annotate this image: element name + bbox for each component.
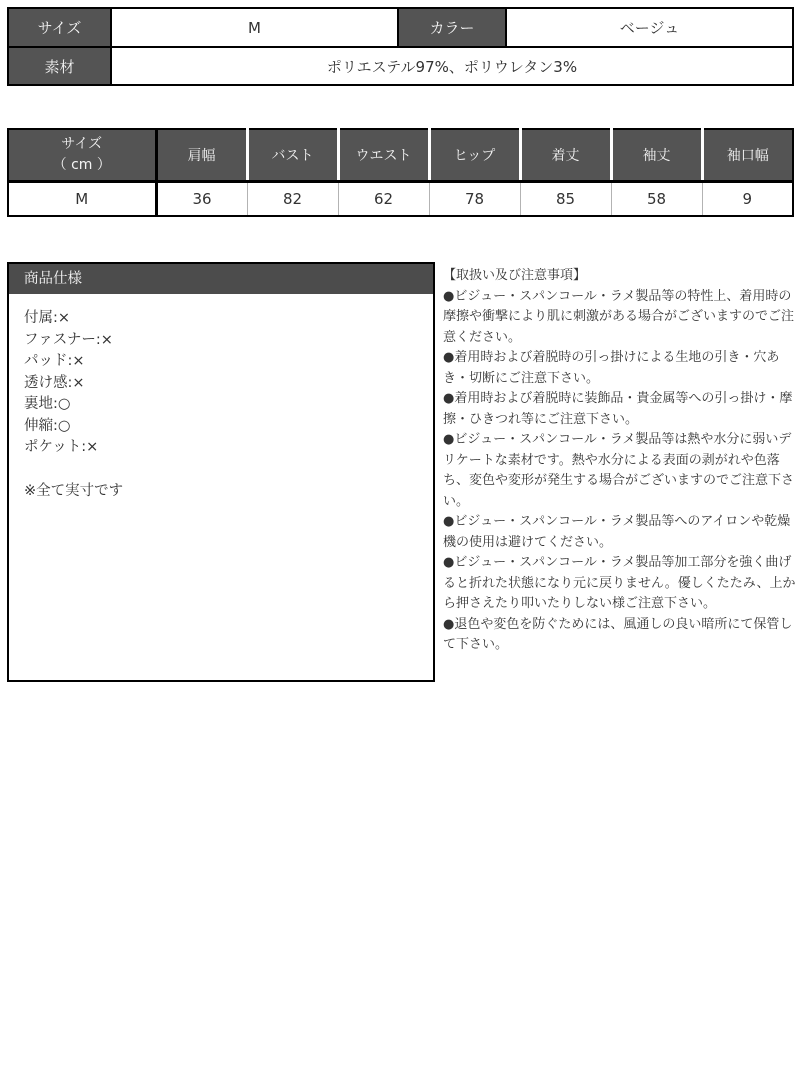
value-cuff: 9 [702, 182, 793, 217]
color-label-cell: カラー [398, 8, 506, 47]
col-header-sleeve: 袖丈 [611, 129, 702, 182]
size-label-cell: サイズ [8, 8, 111, 47]
spec-item-pocket: ポケット:× [24, 437, 418, 459]
value-sleeve: 58 [611, 182, 702, 217]
page: { "colors": { "header_dark": "#545454", … [0, 0, 800, 1067]
value-length: 85 [520, 182, 611, 217]
row-size-cell: M [8, 182, 156, 217]
care-note-heat-moisture: ●ビジュー・スパンコール・ラメ製品等は熱や水分に弱いデリケートな素材です。熱や水… [443, 430, 798, 512]
size-unit-line1: サイズ [61, 136, 102, 152]
care-note-iron-dryer: ●ビジュー・スパンコール・ラメ製品等へのアイロンや乾燥機の使用は避けてください。 [443, 512, 798, 553]
spec-item-sheerness: 透け感:× [24, 373, 418, 395]
spec-item-fastener: ファスナー:× [24, 330, 418, 352]
measurements-data-row: M 36 82 62 78 85 58 9 [8, 182, 793, 217]
value-shoulder: 36 [156, 182, 247, 217]
size-unit-header-cell: サイズ （ cm ） [8, 129, 156, 182]
product-spec-list: 付属:× ファスナー:× パッド:× 透け感:× 裏地:○ 伸縮:○ ポケット:… [9, 294, 433, 516]
spec-item-accessories: 付属:× [24, 308, 418, 330]
spec-item-lining: 裏地:○ [24, 394, 418, 416]
size-unit-line2: （ cm ） [53, 157, 111, 173]
col-header-bust: バスト [247, 129, 338, 182]
care-note-snagging: ●着用時および着脱時の引っ掛けによる生地の引き・穴あき・切断にご注意下さい。 [443, 348, 798, 389]
care-note-storage: ●退色や変色を防ぐためには、風通しの良い暗所にて保管して下さい。 [443, 615, 798, 656]
value-waist: 62 [338, 182, 429, 217]
care-notes-title: 【取扱い及び注意事項】 [443, 266, 798, 287]
col-header-waist: ウエスト [338, 129, 429, 182]
col-header-length: 着丈 [520, 129, 611, 182]
col-header-shoulder: 肩幅 [156, 129, 247, 182]
value-bust: 82 [247, 182, 338, 217]
material-label-cell: 素材 [8, 47, 111, 85]
material-value-cell: ポリエステル97%、ポリウレタン3% [111, 47, 793, 85]
col-header-cuff: 袖口幅 [702, 129, 793, 182]
measurements-table: サイズ （ cm ） 肩幅 バスト ウエスト ヒップ 着丈 袖丈 袖口幅 M 3… [7, 128, 794, 217]
product-info-table: サイズ M カラー ベージュ 素材 ポリエステル97%、ポリウレタン3% [7, 7, 794, 86]
color-value-cell: ベージュ [506, 8, 793, 47]
measurements-header-row: サイズ （ cm ） 肩幅 バスト ウエスト ヒップ 着丈 袖丈 袖口幅 [8, 129, 793, 182]
care-note-bending: ●ビジュー・スパンコール・ラメ製品等加工部分を強く曲げると折れた状態になり元に戻… [443, 553, 798, 615]
value-hip: 78 [429, 182, 520, 217]
care-notes-section: 【取扱い及び注意事項】 ●ビジュー・スパンコール・ラメ製品等の特性上、着用時の摩… [443, 266, 798, 656]
spec-item-stretch: 伸縮:○ [24, 416, 418, 438]
spec-item-pad: パッド:× [24, 351, 418, 373]
product-spec-title: 商品仕様 [9, 264, 433, 294]
product-spec-box: 商品仕様 付属:× ファスナー:× パッド:× 透け感:× 裏地:○ 伸縮:○ … [7, 262, 435, 682]
spec-note-actual-size: ※全て実寸です [24, 481, 418, 503]
col-header-hip: ヒップ [429, 129, 520, 182]
size-value-cell: M [111, 8, 398, 47]
care-note-friction: ●ビジュー・スパンコール・ラメ製品等の特性上、着用時の摩擦や衝撃により肌に刺激が… [443, 287, 798, 349]
care-note-jewelry: ●着用時および着脱時に装飾品・貴金属等への引っ掛け・摩擦・ひきつれ等にご注意下さ… [443, 389, 798, 430]
